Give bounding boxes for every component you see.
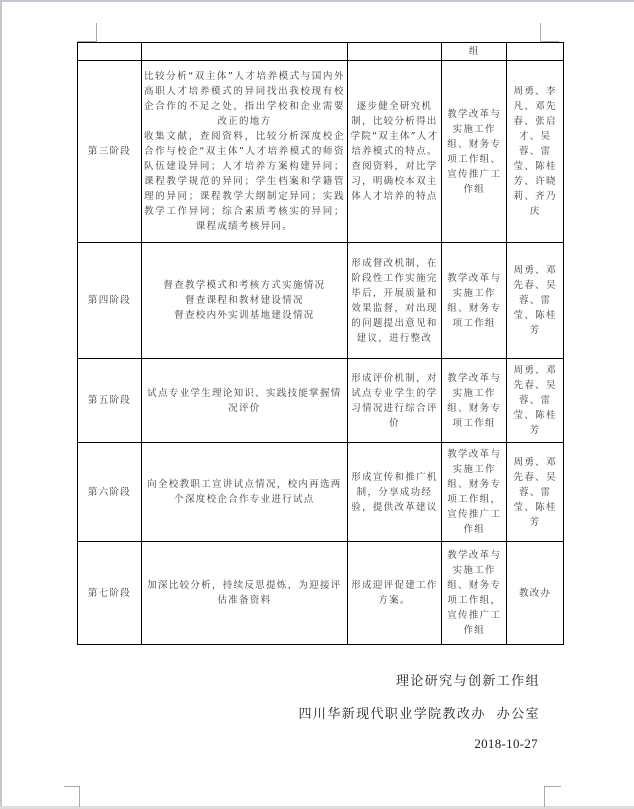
table-row: 第六阶段 向全校教职工宣讲试点情况，校内再选两个深度校企合作专业进行试点 形成宣… (78, 443, 564, 542)
table-row: 第四阶段 督查教学模式和考核方式实施情况 督查课程和教材建设情况 督查校内外实训… (78, 243, 564, 359)
content-paragraph: 比较分析“双主体”人才培养模式与国内外高职人才培养模式的异同找出我校现有校企合作… (144, 69, 345, 129)
signature-team: 理论研究与创新工作组 (396, 670, 540, 689)
people-cell: 周勇、邓先春、吴蓉、雷莹、陈桂芳 (507, 359, 564, 443)
goal-paragraph: 查阅资料，对比学习，明确校本双主体人才培养的特点 (350, 159, 439, 204)
people-cell (507, 43, 564, 61)
stage-cell: 第六阶段 (78, 443, 142, 542)
stage-cell: 第四阶段 (78, 243, 142, 359)
content-paragraph: 督查教学模式和考核方式实施情况 (144, 278, 345, 293)
people-cell: 教改办 (507, 542, 564, 645)
page-frame-top (0, 0, 634, 2)
stage-cell: 第五阶段 (78, 359, 142, 443)
content-cell: 向全校教职工宣讲试点情况，校内再选两个深度校企合作专业进行试点 (142, 443, 348, 542)
people-cell: 周勇、邓先春、吴蓉、雷莹、陈桂芳 (507, 443, 564, 542)
page-frame-left (0, 0, 2, 809)
content-cell: 督查教学模式和考核方式实施情况 督查课程和教材建设情况 督查校内外实训基地建设情… (142, 243, 348, 359)
group-cell: 教学改革与实施工作组、财务专项工作组 (442, 359, 507, 443)
goal-cell: 形成评价机制，对试点专业学生的学习情况进行综合评价 (347, 359, 441, 443)
content-cell (142, 43, 348, 61)
content-cell: 试点专业学生理论知识、实践技能掌握情况评价 (142, 359, 348, 443)
group-cell: 教学改革与实施工作组、财务专项工作组、宣传推广工作组 (442, 61, 507, 243)
content-paragraph: 收集文献，查阅资料，比较分析深度校企合作与校企“双主体”人才培养模式的师资队伍建… (144, 129, 345, 234)
group-cell: 教学改革与实施工作组、财务专项工作组，宣传推广工作组 (442, 542, 507, 645)
table-row: 组 (78, 43, 564, 61)
table-row: 第七阶段 加深比较分析，持续反思提炼，为迎接评估准备资料 形成迎评促建工作方案。… (78, 542, 564, 645)
stage-cell: 第三阶段 (78, 61, 142, 243)
stage-cell: 第七阶段 (78, 542, 142, 645)
margin-corner-mark-top-left (78, 23, 97, 42)
group-cell: 组 (442, 43, 507, 61)
margin-corner-mark-bottom-right (544, 786, 561, 807)
goal-paragraph: 逐步健全研究机制，比较分析得出学院“双主体”人才培养模式的特点。 (350, 99, 439, 159)
people-cell: 周勇、邓先春、吴蓉、雷莹、陈桂芳 (507, 243, 564, 359)
signature-date: 2018-10-27 (474, 736, 538, 752)
content-paragraph: 督查课程和教材建设情况 (144, 293, 345, 308)
content-paragraph: 督查校内外实训基地建设情况 (144, 308, 345, 323)
goal-cell: 形成督改机制，在阶段性工作实施完毕后，开展质量和效果监督，对出现的问题提出意见和… (347, 243, 441, 359)
stage-plan-table: 组 第三阶段 比较分析“双主体”人才培养模式与国内外高职人才培养模式的异同找出我… (77, 42, 564, 645)
margin-corner-mark-bottom-left (64, 786, 80, 807)
goal-cell (347, 43, 441, 61)
group-cell: 教学改革与实施工作组、财务专项工作组 (442, 243, 507, 359)
people-cell: 周勇、李凡、邓先春、张启才、吴蓉、雷莹、陈桂芳、许晓莉、齐乃庆 (507, 61, 564, 243)
stage-cell (78, 43, 142, 61)
goal-cell: 形成迎评促建工作方案。 (347, 542, 441, 645)
goal-cell: 形成宣传和推广机制，分享成功经验，提供改革建议 (347, 443, 441, 542)
table-row: 第三阶段 比较分析“双主体”人才培养模式与国内外高职人才培养模式的异同找出我校现… (78, 61, 564, 243)
table-row: 第五阶段 试点专业学生理论知识、实践技能掌握情况评价 形成评价机制，对试点专业学… (78, 359, 564, 443)
signature-office: 四川华新现代职业学院教改办 办公室 (299, 703, 540, 722)
content-cell: 比较分析“双主体”人才培养模式与国内外高职人才培养模式的异同找出我校现有校企合作… (142, 61, 348, 243)
content-cell: 加深比较分析，持续反思提炼，为迎接评估准备资料 (142, 542, 348, 645)
goal-cell: 逐步健全研究机制，比较分析得出学院“双主体”人才培养模式的特点。 查阅资料，对比… (347, 61, 441, 243)
group-cell: 教学改革与实施工作组、财务专项工作组，宣传推广工作组 (442, 443, 507, 542)
margin-corner-mark-top-right (540, 23, 559, 42)
